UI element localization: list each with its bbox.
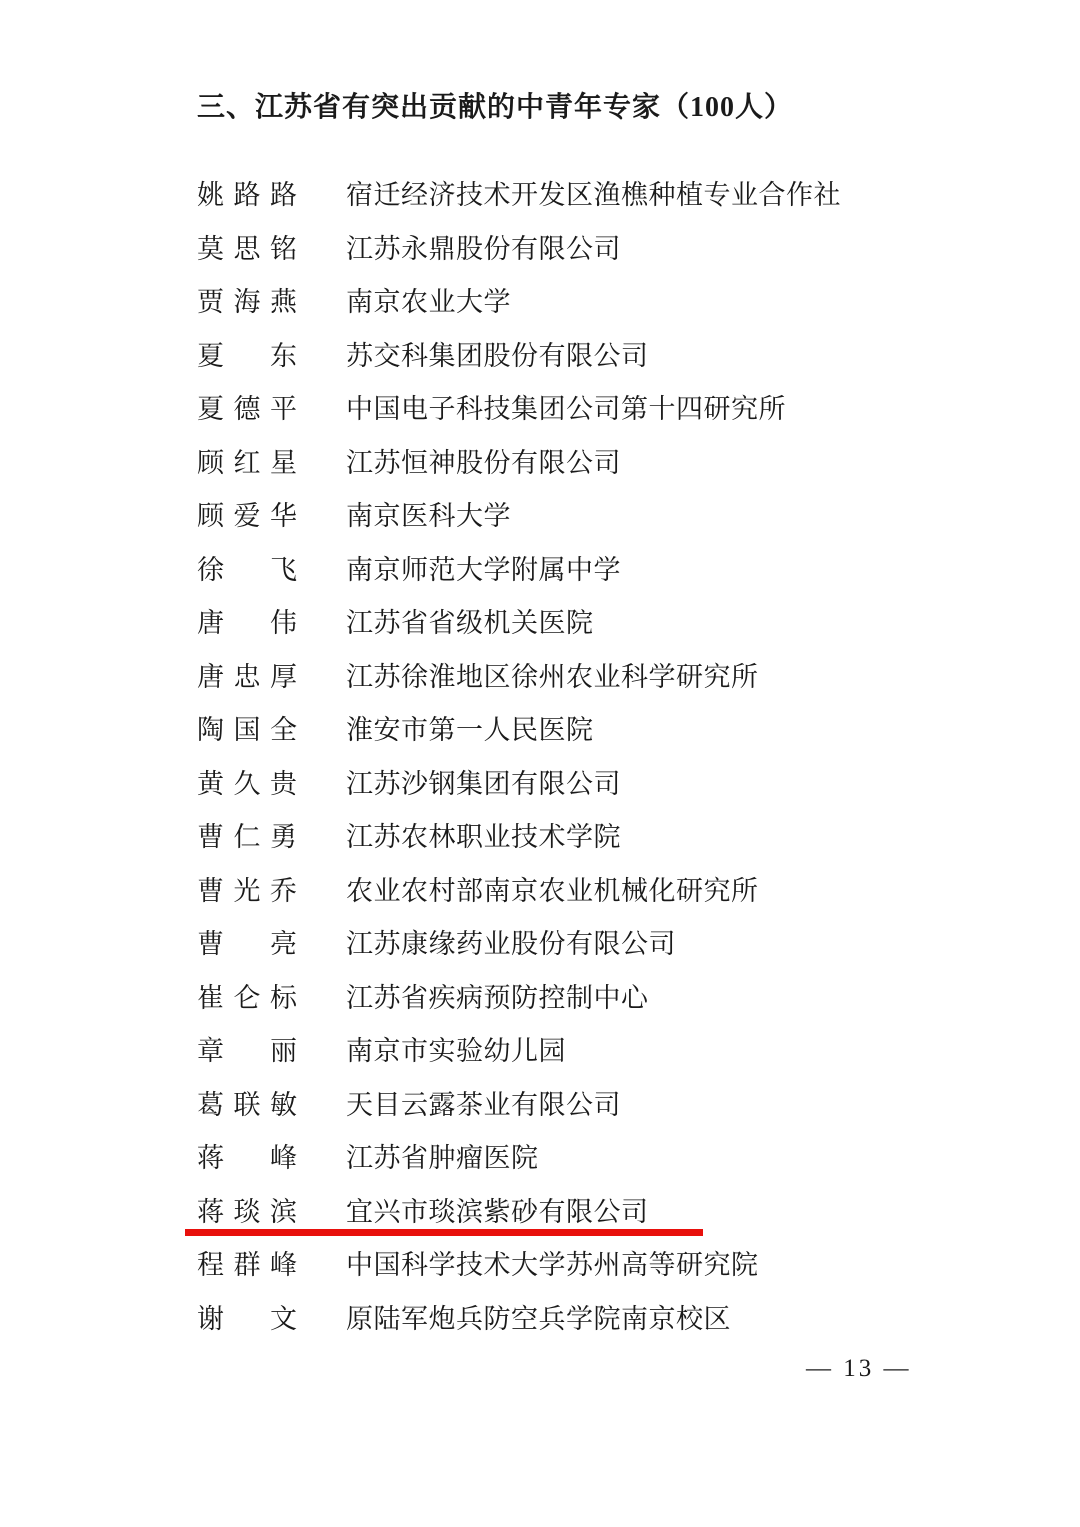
list-row: 崔仑标 江苏省疾病预防控制中心 bbox=[197, 983, 977, 1037]
list-row: 谢文 原陆军炮兵防空兵学院南京校区 bbox=[197, 1304, 977, 1358]
organization-name: 江苏恒神股份有限公司 bbox=[346, 448, 621, 478]
expert-name: 夏东 bbox=[197, 341, 297, 371]
expert-name: 莫思铭 bbox=[197, 234, 297, 264]
expert-name: 曹仁勇 bbox=[197, 822, 297, 852]
organization-name: 原陆军炮兵防空兵学院南京校区 bbox=[346, 1304, 731, 1334]
highlight-underline bbox=[185, 1229, 703, 1236]
organization-name: 江苏徐淮地区徐州农业科学研究所 bbox=[346, 662, 759, 692]
expert-name: 贾海燕 bbox=[197, 287, 297, 317]
organization-name: 天目云露茶业有限公司 bbox=[346, 1090, 621, 1120]
organization-name: 南京师范大学附属中学 bbox=[346, 555, 621, 585]
expert-name: 顾爱华 bbox=[197, 501, 297, 531]
expert-name: 徐飞 bbox=[197, 555, 297, 585]
expert-name: 唐忠厚 bbox=[197, 662, 297, 692]
list-row: 蒋琰滨 宜兴市琰滨紫砂有限公司 bbox=[197, 1197, 977, 1251]
list-row: 夏德平 中国电子科技集团公司第十四研究所 bbox=[197, 394, 977, 448]
organization-name: 苏交科集团股份有限公司 bbox=[346, 341, 649, 371]
expert-name: 葛联敏 bbox=[197, 1090, 297, 1120]
list-row: 曹亮 江苏康缘药业股份有限公司 bbox=[197, 929, 977, 983]
expert-name: 谢文 bbox=[197, 1304, 297, 1334]
list-row: 程群峰 中国科学技术大学苏州高等研究院 bbox=[197, 1250, 977, 1304]
list-row: 徐飞 南京师范大学附属中学 bbox=[197, 555, 977, 609]
expert-name: 顾红星 bbox=[197, 448, 297, 478]
list-row: 曹仁勇 江苏农林职业技术学院 bbox=[197, 822, 977, 876]
list-row: 顾红星 江苏恒神股份有限公司 bbox=[197, 448, 977, 502]
expert-name: 曹亮 bbox=[197, 929, 297, 959]
expert-name: 曹光乔 bbox=[197, 876, 297, 906]
list-row: 蒋峰 江苏省肿瘤医院 bbox=[197, 1143, 977, 1197]
list-row: 莫思铭 江苏永鼎股份有限公司 bbox=[197, 234, 977, 288]
list-row: 陶国全 淮安市第一人民医院 bbox=[197, 715, 977, 769]
list-row: 唐伟 江苏省省级机关医院 bbox=[197, 608, 977, 662]
expert-name: 唐伟 bbox=[197, 608, 297, 638]
organization-name: 中国科学技术大学苏州高等研究院 bbox=[346, 1250, 759, 1280]
organization-name: 南京市实验幼儿园 bbox=[346, 1036, 566, 1066]
organization-name: 南京农业大学 bbox=[346, 287, 511, 317]
section-title: 三、江苏省有突出贡献的中青年专家（100人） bbox=[197, 92, 793, 124]
expert-list: 姚路路 宿迁经济技术开发区渔樵种植专业合作社 莫思铭 江苏永鼎股份有限公司 贾海… bbox=[197, 180, 977, 1357]
expert-name: 陶国全 bbox=[197, 715, 297, 745]
page-number: — 13 — bbox=[806, 1355, 912, 1383]
expert-name: 崔仑标 bbox=[197, 983, 297, 1013]
expert-name: 蒋峰 bbox=[197, 1143, 297, 1173]
expert-name: 章丽 bbox=[197, 1036, 297, 1066]
list-row: 姚路路 宿迁经济技术开发区渔樵种植专业合作社 bbox=[197, 180, 977, 234]
list-row: 顾爱华 南京医科大学 bbox=[197, 501, 977, 555]
list-row: 章丽 南京市实验幼儿园 bbox=[197, 1036, 977, 1090]
organization-name: 农业农村部南京农业机械化研究所 bbox=[346, 876, 759, 906]
list-row: 葛联敏 天目云露茶业有限公司 bbox=[197, 1090, 977, 1144]
expert-name: 黄久贵 bbox=[197, 769, 297, 799]
organization-name: 江苏农林职业技术学院 bbox=[346, 822, 621, 852]
list-row: 贾海燕 南京农业大学 bbox=[197, 287, 977, 341]
expert-name: 程群峰 bbox=[197, 1250, 297, 1280]
list-row: 曹光乔 农业农村部南京农业机械化研究所 bbox=[197, 876, 977, 930]
expert-name: 夏德平 bbox=[197, 394, 297, 424]
expert-name: 姚路路 bbox=[197, 180, 297, 210]
organization-name: 淮安市第一人民医院 bbox=[346, 715, 594, 745]
organization-name: 江苏省肿瘤医院 bbox=[346, 1143, 539, 1173]
organization-name: 宜兴市琰滨紫砂有限公司 bbox=[346, 1197, 649, 1227]
organization-name: 江苏康缘药业股份有限公司 bbox=[346, 929, 676, 959]
list-row: 唐忠厚 江苏徐淮地区徐州农业科学研究所 bbox=[197, 662, 977, 716]
organization-name: 宿迁经济技术开发区渔樵种植专业合作社 bbox=[346, 180, 841, 210]
organization-name: 江苏省疾病预防控制中心 bbox=[346, 983, 649, 1013]
document-page: 三、江苏省有突出贡献的中青年专家（100人） 姚路路 宿迁经济技术开发区渔樵种植… bbox=[0, 0, 1080, 1527]
organization-name: 江苏永鼎股份有限公司 bbox=[346, 234, 621, 264]
list-row: 黄久贵 江苏沙钢集团有限公司 bbox=[197, 769, 977, 823]
organization-name: 南京医科大学 bbox=[346, 501, 511, 531]
organization-name: 中国电子科技集团公司第十四研究所 bbox=[346, 394, 786, 424]
organization-name: 江苏省省级机关医院 bbox=[346, 608, 594, 638]
expert-name: 蒋琰滨 bbox=[197, 1197, 297, 1227]
list-row: 夏东 苏交科集团股份有限公司 bbox=[197, 341, 977, 395]
organization-name: 江苏沙钢集团有限公司 bbox=[346, 769, 621, 799]
